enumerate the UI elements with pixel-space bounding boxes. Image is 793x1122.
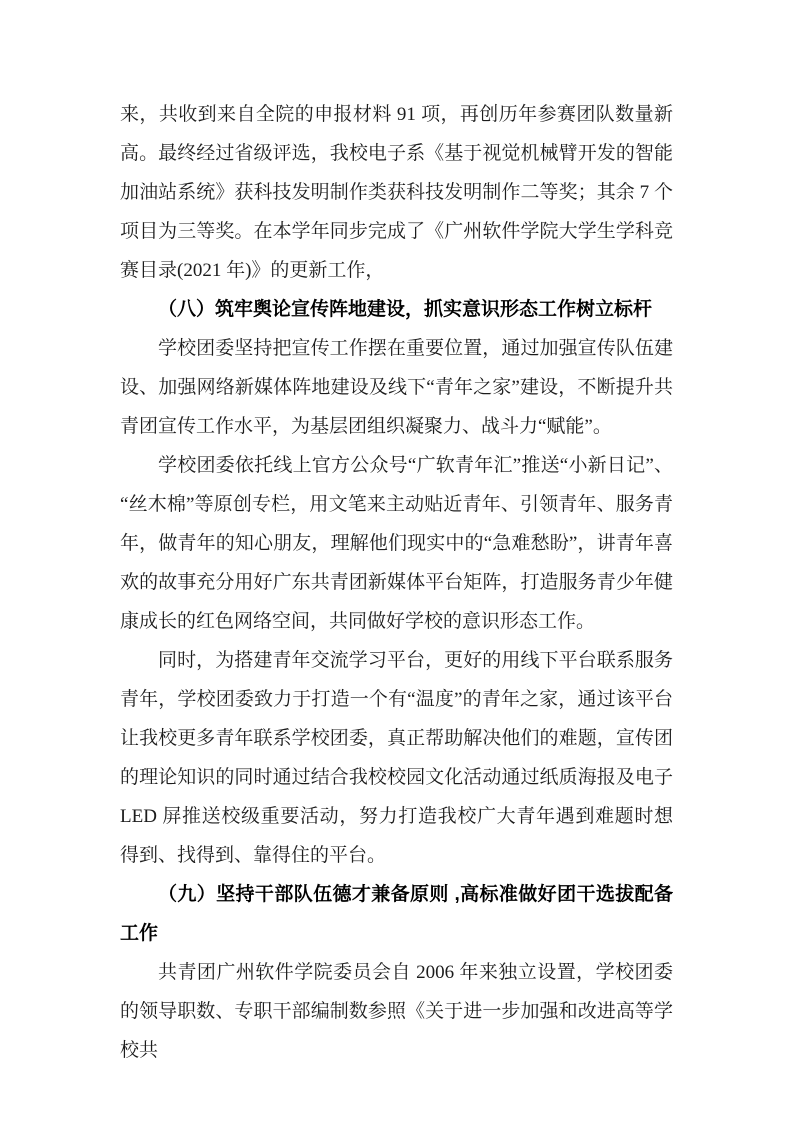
- document-content: 来，共收到来自全院的申报材料 91 项，再创历年参赛团队数量新高。最终经过省级评…: [120, 95, 673, 1070]
- paragraph-youth-home-platform: 同时，为搭建青年交流学习平台，更好的用线下平台联系服务青年，学校团委致力于打造一…: [120, 641, 673, 875]
- document-page: 来，共收到来自全院的申报材料 91 项，再创历年参赛团队数量新高。最终经过省级评…: [0, 0, 793, 1122]
- paragraph-committee-establishment: 共青团广州软件学院委员会自 2006 年来独立设置，学校团委的领导职数、专职干部…: [120, 953, 673, 1070]
- heading-section-9-cadre-selection: （九）坚持干部队伍德才兼备原则 ,高标准做好团干选拔配备工作: [120, 875, 673, 953]
- paragraph-publicity-importance: 学校团委坚持把宣传工作摆在重要位置，通过加强宣传队伍建设、加强网络新媒体阵地建设…: [120, 329, 673, 446]
- paragraph-official-account-columns: 学校团委依托线上官方公众号“广软青年汇”推送“小新日记”、“丝木棉”等原创专栏，…: [120, 446, 673, 641]
- heading-section-8-publicity: （八）筑牢舆论宣传阵地建设，抓实意识形态工作树立标杆: [120, 290, 673, 329]
- paragraph-competition-results: 来，共收到来自全院的申报材料 91 项，再创历年参赛团队数量新高。最终经过省级评…: [120, 95, 673, 290]
